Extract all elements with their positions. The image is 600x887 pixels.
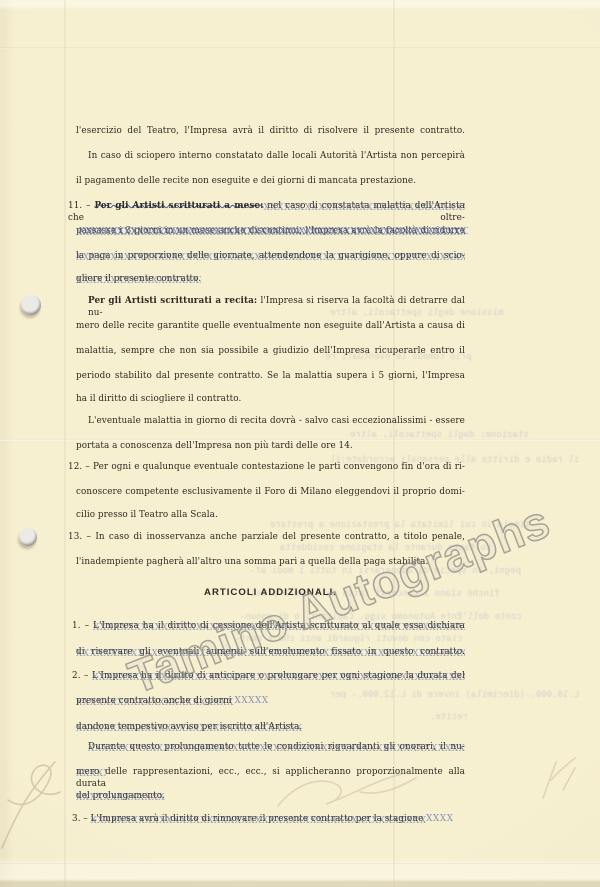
document-line: periodo stabilito dal presente contratto… [76,370,465,382]
document-line: 13. – In caso di inosservanza anche parz… [68,531,465,543]
document-line: del prolungamento. [76,790,465,802]
pencil-scribble [2,762,60,848]
document-line: la paga in proporzione delle giornate, a… [76,250,465,262]
document-line: gliere il presente contratto. [76,273,465,285]
text-segment: ARTICOLI ADDIZIONALI. [204,587,337,598]
text-segment: ha il diritto di sciogliere il contratto… [76,394,241,404]
fold-crease [0,862,600,864]
text-segment: 13. – In caso di inosservanza anche parz… [68,532,465,542]
text-segment: del prolungamento. [76,791,165,801]
pencil-scribble [543,758,575,798]
text-segment: cilio presso il Teatro alla Scala. [76,510,218,520]
text-segment: portata a conoscenza dell'Impresa non pi… [76,441,353,451]
bleedthrough-text: simola in cui limitata la prestazione a … [270,520,530,530]
document-line: malattia, sempre che non sia possibile a… [76,345,465,357]
document-line: l'esercizio del Teatro, l'Impresa avrà i… [76,125,465,137]
document-line: di riservare gli eventuali aumenti sull'… [76,646,465,658]
text-segment: 3. – [72,814,90,824]
document-line: ha il diritto di sciogliere il contratto… [76,393,465,405]
document-line: 11. – Per gli Artisti scritturati a mese… [68,200,465,224]
text-segment: L'Impresa avrà il diritto di rinnovare i… [90,814,426,824]
punch-hole [19,528,37,546]
text-segment: dandone tempestivo avviso per iscritto a… [76,722,302,732]
text-segment: gliere il presente contratto. [76,274,201,284]
document-line: dandone tempestivo avviso per iscritto a… [76,721,465,733]
scanned-contract-page: missione degli spettacoli, altreprio com… [0,0,600,887]
bleedthrough-text: soltanto durante la stagione cosiddetta [280,543,491,553]
document-line: portata a conoscenza dell'Impresa non pi… [76,440,465,452]
document-line: In caso di sciopero interno constatato d… [88,150,465,162]
text-segment: mero delle rappresentazioni, ecc., ecc.,… [76,767,465,789]
punch-hole [21,295,41,315]
text-segment: passasse i 3 giorni in un mese anche dis… [76,226,465,236]
document-line: Per gli Artisti scritturati a recita: l'… [88,295,465,319]
document-line: l'inadempiente pagherà all'altro una som… [76,556,465,568]
document-line: L'eventuale malattia in giorno di recita… [88,415,465,427]
document-line: 12. – Per ogni e qualunque eventuale con… [68,461,465,473]
document-line: passasse i 3 giorni in un mese anche dis… [76,225,465,237]
text-segment: In caso di sciopero interno constatato d… [88,151,465,161]
text-segment: malattia, sempre che non sia possibile a… [76,346,465,356]
section-heading: ARTICOLI ADDIZIONALI. [76,587,465,599]
text-segment: il pagamento delle recite non eseguite e… [76,176,416,186]
document-line: 1. – L'Impresa ha il diritto di cessione… [72,620,465,632]
text-segment: Durante questo prolungamento tutte le co… [88,742,465,752]
text-segment: l'esercizio del Teatro, l'Impresa avrà i… [76,126,465,136]
text-segment: periodo stabilito dal presente contratto… [76,371,465,381]
text-segment: di riservare gli eventuali aumenti sull'… [76,647,465,657]
document-line: presente contratto anche di giorni XXXXX [76,695,465,707]
document-line: Durante questo prolungamento tutte le co… [88,741,465,753]
document-line: mero delle rappresentazioni, ecc., ecc.,… [76,766,465,790]
text-segment: l'inadempiente pagherà all'altro una som… [76,557,428,567]
text-segment: 12. – Per ogni e qualunque eventuale con… [68,462,465,472]
text-segment: 2. – [72,671,92,681]
fold-crease [0,47,600,49]
bleedthrough-text: stazione; dagli spettacoli, altre [350,430,529,440]
document-line: conoscere competente esclusivamente il F… [76,486,465,498]
text-segment: L'Impresa ha il diritto di cessione dell… [93,621,465,631]
text-segment: 11. – [68,201,94,211]
document-line: cilio presso il Teatro alla Scala. [76,509,465,521]
document-line: 3. – L'Impresa avrà il diritto di rinnov… [72,813,465,825]
document-line: mero delle recite garantite quelle event… [76,320,465,332]
text-segment: L'Impresa ha il diritto di anticipare o … [92,671,465,681]
strike-x-run: XXXX [426,814,453,824]
text-segment: presente contratto anche di giorni [76,696,234,706]
document-line: il pagamento delle recite non eseguite e… [76,175,465,187]
text-segment: Per gli Artisti scritturati a mese: [94,201,263,211]
document-line: 2. – L'Impresa ha il diritto di anticipa… [72,670,465,682]
text-segment: L'eventuale malattia in giorno di recita… [88,416,465,426]
text-segment: la paga in proporzione delle giornate, a… [76,251,465,261]
bleedthrough-text: ciato con dovuti riguardi anzi che i con… [235,634,463,644]
text-segment: 1. – [72,621,93,631]
text-segment: mero delle recite garantite quelle event… [76,321,465,331]
strike-x-run: XXXXX [234,696,268,706]
text-segment: conoscere competente esclusivamente il F… [76,487,465,497]
fold-crease [64,0,66,887]
text-segment: Per gli Artisti scritturati a recita: [88,296,257,306]
